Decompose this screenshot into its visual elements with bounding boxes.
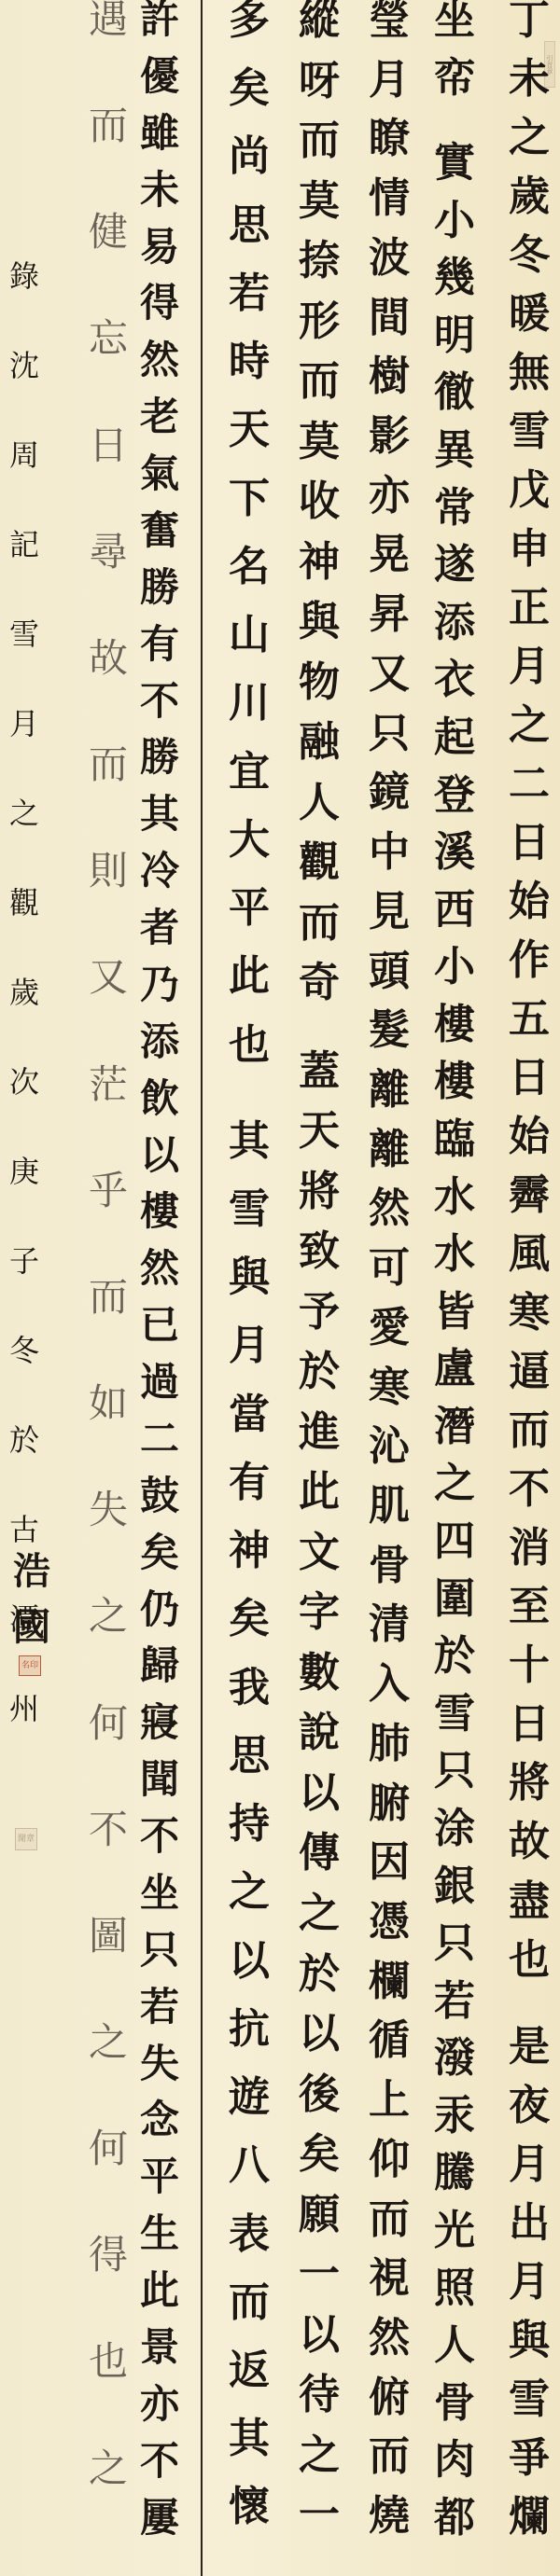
calligraphy-character: 日 xyxy=(89,426,128,533)
main-column-4: 縱呀而莫捺形而莫收神與物融人觀而奇 蓋天將致予於進此文字數說以傳之於以後矣願一以… xyxy=(299,0,340,2555)
calligraphy-character: 尚 xyxy=(229,136,270,204)
calligraphy-character: 添 xyxy=(434,602,475,660)
calligraphy-character: 生 xyxy=(140,2214,179,2271)
inscription-character: 觀 xyxy=(9,888,39,977)
calligraphy-character: 則 xyxy=(89,852,128,958)
calligraphy-character: 異 xyxy=(434,430,475,488)
calligraphy-character: 者 xyxy=(140,908,179,965)
calligraphy-character: 潛 xyxy=(434,1406,475,1464)
calligraphy-character: 優 xyxy=(140,57,179,114)
column-divider-line xyxy=(201,0,203,2576)
calligraphy-character: 傳 xyxy=(299,1833,340,1893)
calligraphy-character: 遊 xyxy=(229,2077,270,2145)
calligraphy-character: 臨 xyxy=(434,1119,475,1177)
calligraphy-character: 俯 xyxy=(369,2377,410,2437)
calligraphy-character: 失 xyxy=(140,2044,179,2101)
calligraphy-character: 歸 xyxy=(140,1646,179,1703)
calligraphy-character: 寢 xyxy=(140,1703,179,1760)
calligraphy-character: 頭 xyxy=(369,951,410,1011)
inscription-character: 周 xyxy=(9,440,39,530)
calligraphy-character: 字 xyxy=(299,1592,340,1653)
calligraphy-character: 物 xyxy=(299,662,340,723)
calligraphy-character: 平 xyxy=(229,888,270,956)
calligraphy-character: 以 xyxy=(299,1773,340,1834)
calligraphy-character: 文 xyxy=(299,1532,340,1593)
inscription-character: 沈 xyxy=(9,351,39,440)
calligraphy-character: 過 xyxy=(140,1363,179,1420)
calligraphy-character: 其 xyxy=(229,1121,270,1189)
calligraphy-character: 骨 xyxy=(434,2383,475,2441)
calligraphy-character: 寒 xyxy=(369,1367,410,1427)
calligraphy-character: 至 xyxy=(509,1586,550,1645)
calligraphy-character: 失 xyxy=(89,1490,128,1597)
calligraphy-character: 名 xyxy=(229,547,270,615)
inscription-character: 歲 xyxy=(9,977,39,1067)
left-column-1: 許優雖未易得然老氣奮勝有不勝其冷者乃添飲以樓然已過二鼓矣仍歸寢聞不坐只若失念平生… xyxy=(140,0,179,2555)
calligraphy-character: 忘 xyxy=(89,319,128,425)
calligraphy-character: 以 xyxy=(140,1136,179,1193)
calligraphy-character: 雖 xyxy=(140,114,179,171)
calligraphy-character: 燒 xyxy=(369,2496,410,2555)
calligraphy-character: 莫 xyxy=(299,181,340,242)
calligraphy-character: 進 xyxy=(299,1412,340,1473)
calligraphy-character: 融 xyxy=(299,722,340,782)
calligraphy-character: 也 xyxy=(89,2342,128,2448)
calligraphy-character: 小 xyxy=(434,947,475,1004)
calligraphy-character: 作 xyxy=(509,940,550,999)
calligraphy-character: 與 xyxy=(229,1257,270,1325)
calligraphy-character: 故 xyxy=(509,1821,550,1880)
calligraphy-character: 宜 xyxy=(229,752,270,820)
calligraphy-character: 而 xyxy=(89,745,128,852)
calligraphy-character: 昇 xyxy=(369,594,410,654)
calligraphy-character: 呀 xyxy=(299,61,340,121)
calligraphy-character: 與 xyxy=(509,2320,550,2379)
inscription-character: 記 xyxy=(9,530,39,619)
calligraphy-character: 之 xyxy=(509,705,550,764)
calligraphy-character: 已 xyxy=(140,1306,179,1363)
calligraphy-character: 帟 xyxy=(434,58,475,116)
calligraphy-character: 見 xyxy=(369,892,410,951)
calligraphy-character: 遂 xyxy=(434,545,475,602)
calligraphy-character: 圖 xyxy=(89,1917,128,2023)
calligraphy-character: 愛 xyxy=(369,1308,410,1367)
calligraphy-character: 與 xyxy=(299,602,340,662)
inscription-character: 錄 xyxy=(9,261,39,351)
calligraphy-character: 冷 xyxy=(140,852,179,908)
calligraphy-character: 之 xyxy=(89,1597,128,1703)
calligraphy-character: 茫 xyxy=(89,1065,128,1171)
calligraphy-character: 光 xyxy=(434,2210,475,2268)
calligraphy-character: 寒 xyxy=(509,1293,550,1351)
calligraphy-character: 一 xyxy=(299,2254,340,2315)
calligraphy-character: 樓 xyxy=(434,1061,475,1119)
calligraphy-character: 不 xyxy=(140,682,179,739)
calligraphy-character: 也 xyxy=(229,1025,270,1093)
calligraphy-character: 此 xyxy=(299,1472,340,1532)
calligraphy-character: 之 xyxy=(434,1463,475,1521)
calligraphy-character: 照 xyxy=(434,2268,475,2326)
calligraphy-character: 持 xyxy=(229,1804,270,1872)
calligraphy-character: 暖 xyxy=(509,294,550,353)
calligraphy-character: 盡 xyxy=(509,1881,550,1940)
calligraphy-character: 若 xyxy=(229,273,270,341)
calligraphy-character: 四 xyxy=(434,1521,475,1579)
calligraphy-character: 下 xyxy=(229,478,270,547)
calligraphy-character: 腑 xyxy=(369,1783,410,1843)
calligraphy-character: 數 xyxy=(299,1653,340,1713)
calligraphy-character: 以 xyxy=(229,1941,270,2009)
calligraphy-character: 夜 xyxy=(509,2085,550,2144)
calligraphy-character: 雪 xyxy=(509,2379,550,2438)
calligraphy-character: 亦 xyxy=(369,476,410,535)
calligraphy-character: 出 xyxy=(509,2203,550,2262)
calligraphy-character: 捺 xyxy=(299,241,340,301)
calligraphy-character: 肺 xyxy=(369,1724,410,1783)
calligraphy-character: 思 xyxy=(229,1736,270,1804)
calligraphy-character: 日 xyxy=(509,823,550,881)
calligraphy-scroll: 引首章 丁未之歲冬暖無雪戊申正月之二日始作五日始霽風寒逼而不消至十日將故盡也 是… xyxy=(0,0,560,2576)
calligraphy-character: 人 xyxy=(299,782,340,843)
calligraphy-character: 飲 xyxy=(140,1079,179,1136)
calligraphy-character: 之 xyxy=(299,1893,340,1954)
calligraphy-character: 之 xyxy=(229,1872,270,1940)
calligraphy-character: 爭 xyxy=(509,2438,550,2497)
calligraphy-character: 乎 xyxy=(89,1171,128,1278)
calligraphy-character: 月 xyxy=(509,2262,550,2320)
calligraphy-character: 未 xyxy=(140,171,179,228)
main-column-3: 瑩月瞭情波間樹影亦晃昇又只鏡中見頭髮離離然可愛寒沁肌骨清入肺腑因憑欄循上仰而視然… xyxy=(369,0,410,2555)
calligraphy-character: 戊 xyxy=(509,470,550,529)
inscription-character: 於 xyxy=(9,1425,39,1515)
calligraphy-character: 實 xyxy=(434,143,475,201)
signature: 浩國 xyxy=(13,1553,50,1665)
calligraphy-character: 欄 xyxy=(369,1961,410,2021)
calligraphy-character: 得 xyxy=(140,284,179,340)
calligraphy-character: 以 xyxy=(299,2315,340,2375)
calligraphy-character: 仰 xyxy=(369,2140,410,2199)
calligraphy-character: 爛 xyxy=(509,2497,550,2555)
calligraphy-character: 清 xyxy=(369,1604,410,1664)
calligraphy-character: 以 xyxy=(299,2014,340,2074)
calligraphy-character: 而 xyxy=(299,903,340,963)
calligraphy-character: 返 xyxy=(229,2350,270,2418)
calligraphy-character: 沁 xyxy=(369,1426,410,1486)
calligraphy-character: 坐 xyxy=(434,0,475,58)
calligraphy-character: 仍 xyxy=(140,1590,179,1647)
calligraphy-character: 十 xyxy=(509,1645,550,1704)
calligraphy-character: 八 xyxy=(229,2145,270,2213)
calligraphy-character: 多 xyxy=(229,0,270,68)
calligraphy-character: 月 xyxy=(509,646,550,705)
calligraphy-character: 若 xyxy=(434,1981,475,2039)
calligraphy-character: 歲 xyxy=(509,176,550,235)
calligraphy-character: 易 xyxy=(140,228,179,284)
calligraphy-character: 徹 xyxy=(434,372,475,430)
calligraphy-character: 此 xyxy=(140,2271,179,2328)
calligraphy-character: 將 xyxy=(509,1763,550,1821)
calligraphy-character: 於 xyxy=(299,1351,340,1412)
inscription-character: 雪 xyxy=(9,619,39,709)
calligraphy-character: 勝 xyxy=(140,738,179,795)
calligraphy-character: 情 xyxy=(369,178,410,238)
calligraphy-character: 日 xyxy=(509,1704,550,1763)
calligraphy-character: 日 xyxy=(509,1058,550,1116)
inscription-character: 冬 xyxy=(9,1336,39,1425)
calligraphy-character: 二 xyxy=(509,764,550,823)
calligraphy-character: 平 xyxy=(140,2157,179,2214)
calligraphy-character: 勝 xyxy=(140,568,179,625)
calligraphy-character: 衣 xyxy=(434,659,475,717)
calligraphy-character: 健 xyxy=(89,213,128,319)
calligraphy-character: 有 xyxy=(229,1462,270,1530)
calligraphy-character: 屢 xyxy=(140,2499,179,2555)
calligraphy-character: 聞 xyxy=(140,1760,179,1817)
calligraphy-character: 鏡 xyxy=(369,772,410,832)
calligraphy-character: 又 xyxy=(89,958,128,1064)
calligraphy-character: 瞭 xyxy=(369,118,410,178)
calligraphy-character: 川 xyxy=(229,683,270,751)
inscription-character: 庚 xyxy=(9,1156,39,1246)
calligraphy-character: 如 xyxy=(89,1384,128,1490)
calligraphy-character: 時 xyxy=(229,341,270,409)
calligraphy-character: 蓋 xyxy=(299,1051,340,1112)
calligraphy-character: 消 xyxy=(509,1528,550,1586)
inscription-character: 子 xyxy=(9,1246,39,1336)
calligraphy-character: 只 xyxy=(140,1931,179,1987)
calligraphy-character: 雪 xyxy=(509,411,550,470)
calligraphy-character: 山 xyxy=(229,615,270,683)
calligraphy-character: 潑 xyxy=(434,2038,475,2096)
calligraphy-character: 晃 xyxy=(369,534,410,594)
calligraphy-character: 銀 xyxy=(434,1866,475,1924)
calligraphy-character: 亦 xyxy=(140,2385,179,2442)
calligraphy-character: 後 xyxy=(299,2074,340,2135)
calligraphy-character: 不 xyxy=(89,1810,128,1917)
calligraphy-character: 當 xyxy=(229,1394,270,1462)
calligraphy-character: 樓 xyxy=(434,1004,475,1062)
calligraphy-character: 抗 xyxy=(229,2009,270,2077)
calligraphy-character: 然 xyxy=(369,2318,410,2377)
calligraphy-character: 於 xyxy=(299,1954,340,2015)
inscription-character: 月 xyxy=(9,709,39,798)
calligraphy-character: 思 xyxy=(229,205,270,273)
calligraphy-character: 憑 xyxy=(369,1902,410,1961)
calligraphy-character: 將 xyxy=(299,1171,340,1232)
calligraphy-character: 小 xyxy=(434,201,475,258)
calligraphy-character: 入 xyxy=(369,1664,410,1724)
calligraphy-character: 而 xyxy=(509,1410,550,1469)
calligraphy-character: 鼓 xyxy=(140,1476,179,1533)
calligraphy-character: 何 xyxy=(89,2129,128,2236)
calligraphy-character: 月 xyxy=(509,2144,550,2203)
calligraphy-character: 循 xyxy=(369,2020,410,2080)
calligraphy-character: 而 xyxy=(89,1278,128,1384)
inscription-character: 次 xyxy=(9,1067,39,1156)
calligraphy-character: 收 xyxy=(299,481,340,542)
calligraphy-character: 肉 xyxy=(434,2440,475,2498)
calligraphy-character: 矣 xyxy=(229,1599,270,1667)
calligraphy-character: 氣 xyxy=(140,454,179,511)
calligraphy-character: 奮 xyxy=(140,511,179,568)
calligraphy-character: 不 xyxy=(509,1469,550,1528)
calligraphy-character: 許 xyxy=(140,0,179,57)
calligraphy-character: 遇 xyxy=(89,0,128,106)
calligraphy-character: 矣 xyxy=(229,68,270,136)
calligraphy-character: 因 xyxy=(369,1842,410,1902)
calligraphy-character: 願 xyxy=(299,2195,340,2255)
calligraphy-character: 雪 xyxy=(229,1189,270,1257)
calligraphy-character: 又 xyxy=(369,654,410,713)
calligraphy-character: 登 xyxy=(434,775,475,833)
calligraphy-character: 我 xyxy=(229,1668,270,1736)
calligraphy-character: 一 xyxy=(299,2495,340,2555)
calligraphy-character: 之 xyxy=(509,118,550,176)
calligraphy-character: 水 xyxy=(434,1177,475,1235)
calligraphy-character: 然 xyxy=(140,340,179,397)
left-column-2: 遇而健忘日尋故而則又茫乎而如失之何不圖之何得也之 xyxy=(89,0,128,2555)
calligraphy-character: 坐 xyxy=(140,1874,179,1931)
calligraphy-character: 天 xyxy=(299,1111,340,1171)
calligraphy-character: 溪 xyxy=(434,832,475,890)
calligraphy-character: 矣 xyxy=(140,1533,179,1590)
calligraphy-character: 汞 xyxy=(434,2096,475,2154)
calligraphy-character: 風 xyxy=(509,1234,550,1293)
calligraphy-character: 神 xyxy=(229,1530,270,1599)
calligraphy-character: 波 xyxy=(369,238,410,298)
calligraphy-character: 而 xyxy=(299,120,340,181)
calligraphy-character: 奇 xyxy=(299,963,340,1023)
calligraphy-character: 都 xyxy=(434,2498,475,2555)
calligraphy-character: 視 xyxy=(369,2258,410,2318)
calligraphy-character: 而 xyxy=(299,361,340,422)
calligraphy-character: 髮 xyxy=(369,1010,410,1070)
calligraphy-character: 神 xyxy=(299,542,340,602)
calligraphy-character: 逼 xyxy=(509,1351,550,1410)
main-column-2: 坐帟 實小幾明徹異常遂添衣起登溪西小樓樓臨水水皆盧潛之四圍於雪只涂銀只若潑汞騰光… xyxy=(434,0,475,2555)
calligraphy-character: 致 xyxy=(299,1231,340,1292)
calligraphy-character: 不 xyxy=(140,2442,179,2499)
calligraphy-character: 骨 xyxy=(369,1545,410,1605)
calligraphy-character: 而 xyxy=(89,106,128,213)
inscription-character: 之 xyxy=(9,798,39,888)
calligraphy-character: 大 xyxy=(229,820,270,888)
calligraphy-character: 肌 xyxy=(369,1486,410,1545)
calligraphy-character: 是 xyxy=(509,2027,550,2085)
calligraphy-character: 其 xyxy=(229,2418,270,2486)
calligraphy-character: 霽 xyxy=(509,1175,550,1234)
calligraphy-character: 申 xyxy=(509,529,550,588)
calligraphy-character: 添 xyxy=(140,1022,179,1079)
calligraphy-character: 故 xyxy=(89,639,128,745)
calligraphy-character: 莫 xyxy=(299,422,340,482)
calligraphy-character: 常 xyxy=(434,488,475,546)
calligraphy-character: 只 xyxy=(434,1923,475,1981)
calligraphy-character: 予 xyxy=(299,1292,340,1352)
calligraphy-character: 涂 xyxy=(434,1808,475,1866)
calligraphy-character: 有 xyxy=(140,625,179,682)
calligraphy-character: 只 xyxy=(369,713,410,773)
calligraphy-character: 之 xyxy=(89,2449,128,2555)
calligraphy-character: 而 xyxy=(369,2199,410,2259)
calligraphy-character: 表 xyxy=(229,2214,270,2282)
calligraphy-character: 而 xyxy=(229,2282,270,2350)
calligraphy-character: 何 xyxy=(89,1704,128,1810)
name-seal: 名印 xyxy=(19,1655,41,1676)
calligraphy-character: 無 xyxy=(509,353,550,411)
calligraphy-character: 形 xyxy=(299,301,340,362)
calligraphy-character: 離 xyxy=(369,1129,410,1189)
calligraphy-character: 影 xyxy=(369,416,410,476)
calligraphy-character: 懷 xyxy=(229,2486,270,2555)
calligraphy-character: 念 xyxy=(140,2100,179,2157)
calligraphy-character: 也 xyxy=(509,1940,550,1999)
calligraphy-character: 若 xyxy=(140,1987,179,2044)
calligraphy-character: 之 xyxy=(299,2435,340,2496)
calligraphy-character: 間 xyxy=(369,298,410,357)
calligraphy-character: 得 xyxy=(89,2236,128,2342)
calligraphy-character: 人 xyxy=(434,2325,475,2383)
calligraphy-character: 不 xyxy=(140,1817,179,1874)
calligraphy-character: 可 xyxy=(369,1248,410,1308)
calligraphy-character: 未 xyxy=(509,59,550,118)
calligraphy-character: 五 xyxy=(509,999,550,1058)
calligraphy-character: 騰 xyxy=(434,2153,475,2210)
calligraphy-character: 樹 xyxy=(369,356,410,416)
calligraphy-character: 景 xyxy=(140,2328,179,2385)
calligraphy-character: 圍 xyxy=(434,1579,475,1637)
calligraphy-character: 待 xyxy=(299,2375,340,2435)
calligraphy-character: 上 xyxy=(369,2080,410,2140)
calligraphy-character: 雪 xyxy=(434,1694,475,1752)
calligraphy-character: 水 xyxy=(434,1234,475,1292)
calligraphy-character: 而 xyxy=(369,2436,410,2496)
calligraphy-character: 冬 xyxy=(509,235,550,294)
calligraphy-character: 明 xyxy=(434,315,475,373)
calligraphy-character: 於 xyxy=(434,1636,475,1694)
calligraphy-character: 說 xyxy=(299,1712,340,1773)
calligraphy-character: 正 xyxy=(509,588,550,646)
inscription-character: 州 xyxy=(9,1694,39,1783)
calligraphy-character: 始 xyxy=(509,881,550,940)
calligraphy-character: 乃 xyxy=(140,965,179,1022)
calligraphy-character: 離 xyxy=(369,1070,410,1129)
calligraphy-character: 皆 xyxy=(434,1292,475,1350)
calligraphy-character: 尋 xyxy=(89,533,128,639)
calligraphy-character: 天 xyxy=(229,409,270,478)
calligraphy-character: 瑩 xyxy=(369,0,410,60)
calligraphy-character: 始 xyxy=(509,1116,550,1175)
calligraphy-character: 月 xyxy=(369,60,410,119)
calligraphy-character: 其 xyxy=(140,795,179,852)
calligraphy-character: 西 xyxy=(434,890,475,948)
calligraphy-character: 月 xyxy=(229,1325,270,1393)
calligraphy-character: 此 xyxy=(229,956,270,1024)
calligraphy-character: 丁 xyxy=(509,0,550,59)
signature-character: 浩 xyxy=(13,1553,50,1609)
calligraphy-character: 之 xyxy=(89,2023,128,2129)
calligraphy-character: 縱 xyxy=(299,0,340,61)
calligraphy-character: 二 xyxy=(140,1420,179,1476)
calligraphy-character: 然 xyxy=(369,1188,410,1248)
calligraphy-character: 盧 xyxy=(434,1349,475,1406)
main-column-5: 多矣尚思若時天下名山川宜大平此也 其雪與月當有神矣我思持之以抗遊八表而返其懷 xyxy=(229,0,270,2555)
calligraphy-character: 起 xyxy=(434,717,475,775)
calligraphy-character: 然 xyxy=(140,1249,179,1306)
calligraphy-character: 老 xyxy=(140,397,179,454)
main-column-1: 丁未之歲冬暖無雪戊申正月之二日始作五日始霽風寒逼而不消至十日將故盡也 是夜月出月… xyxy=(509,0,550,2555)
calligraphy-character: 觀 xyxy=(299,842,340,903)
